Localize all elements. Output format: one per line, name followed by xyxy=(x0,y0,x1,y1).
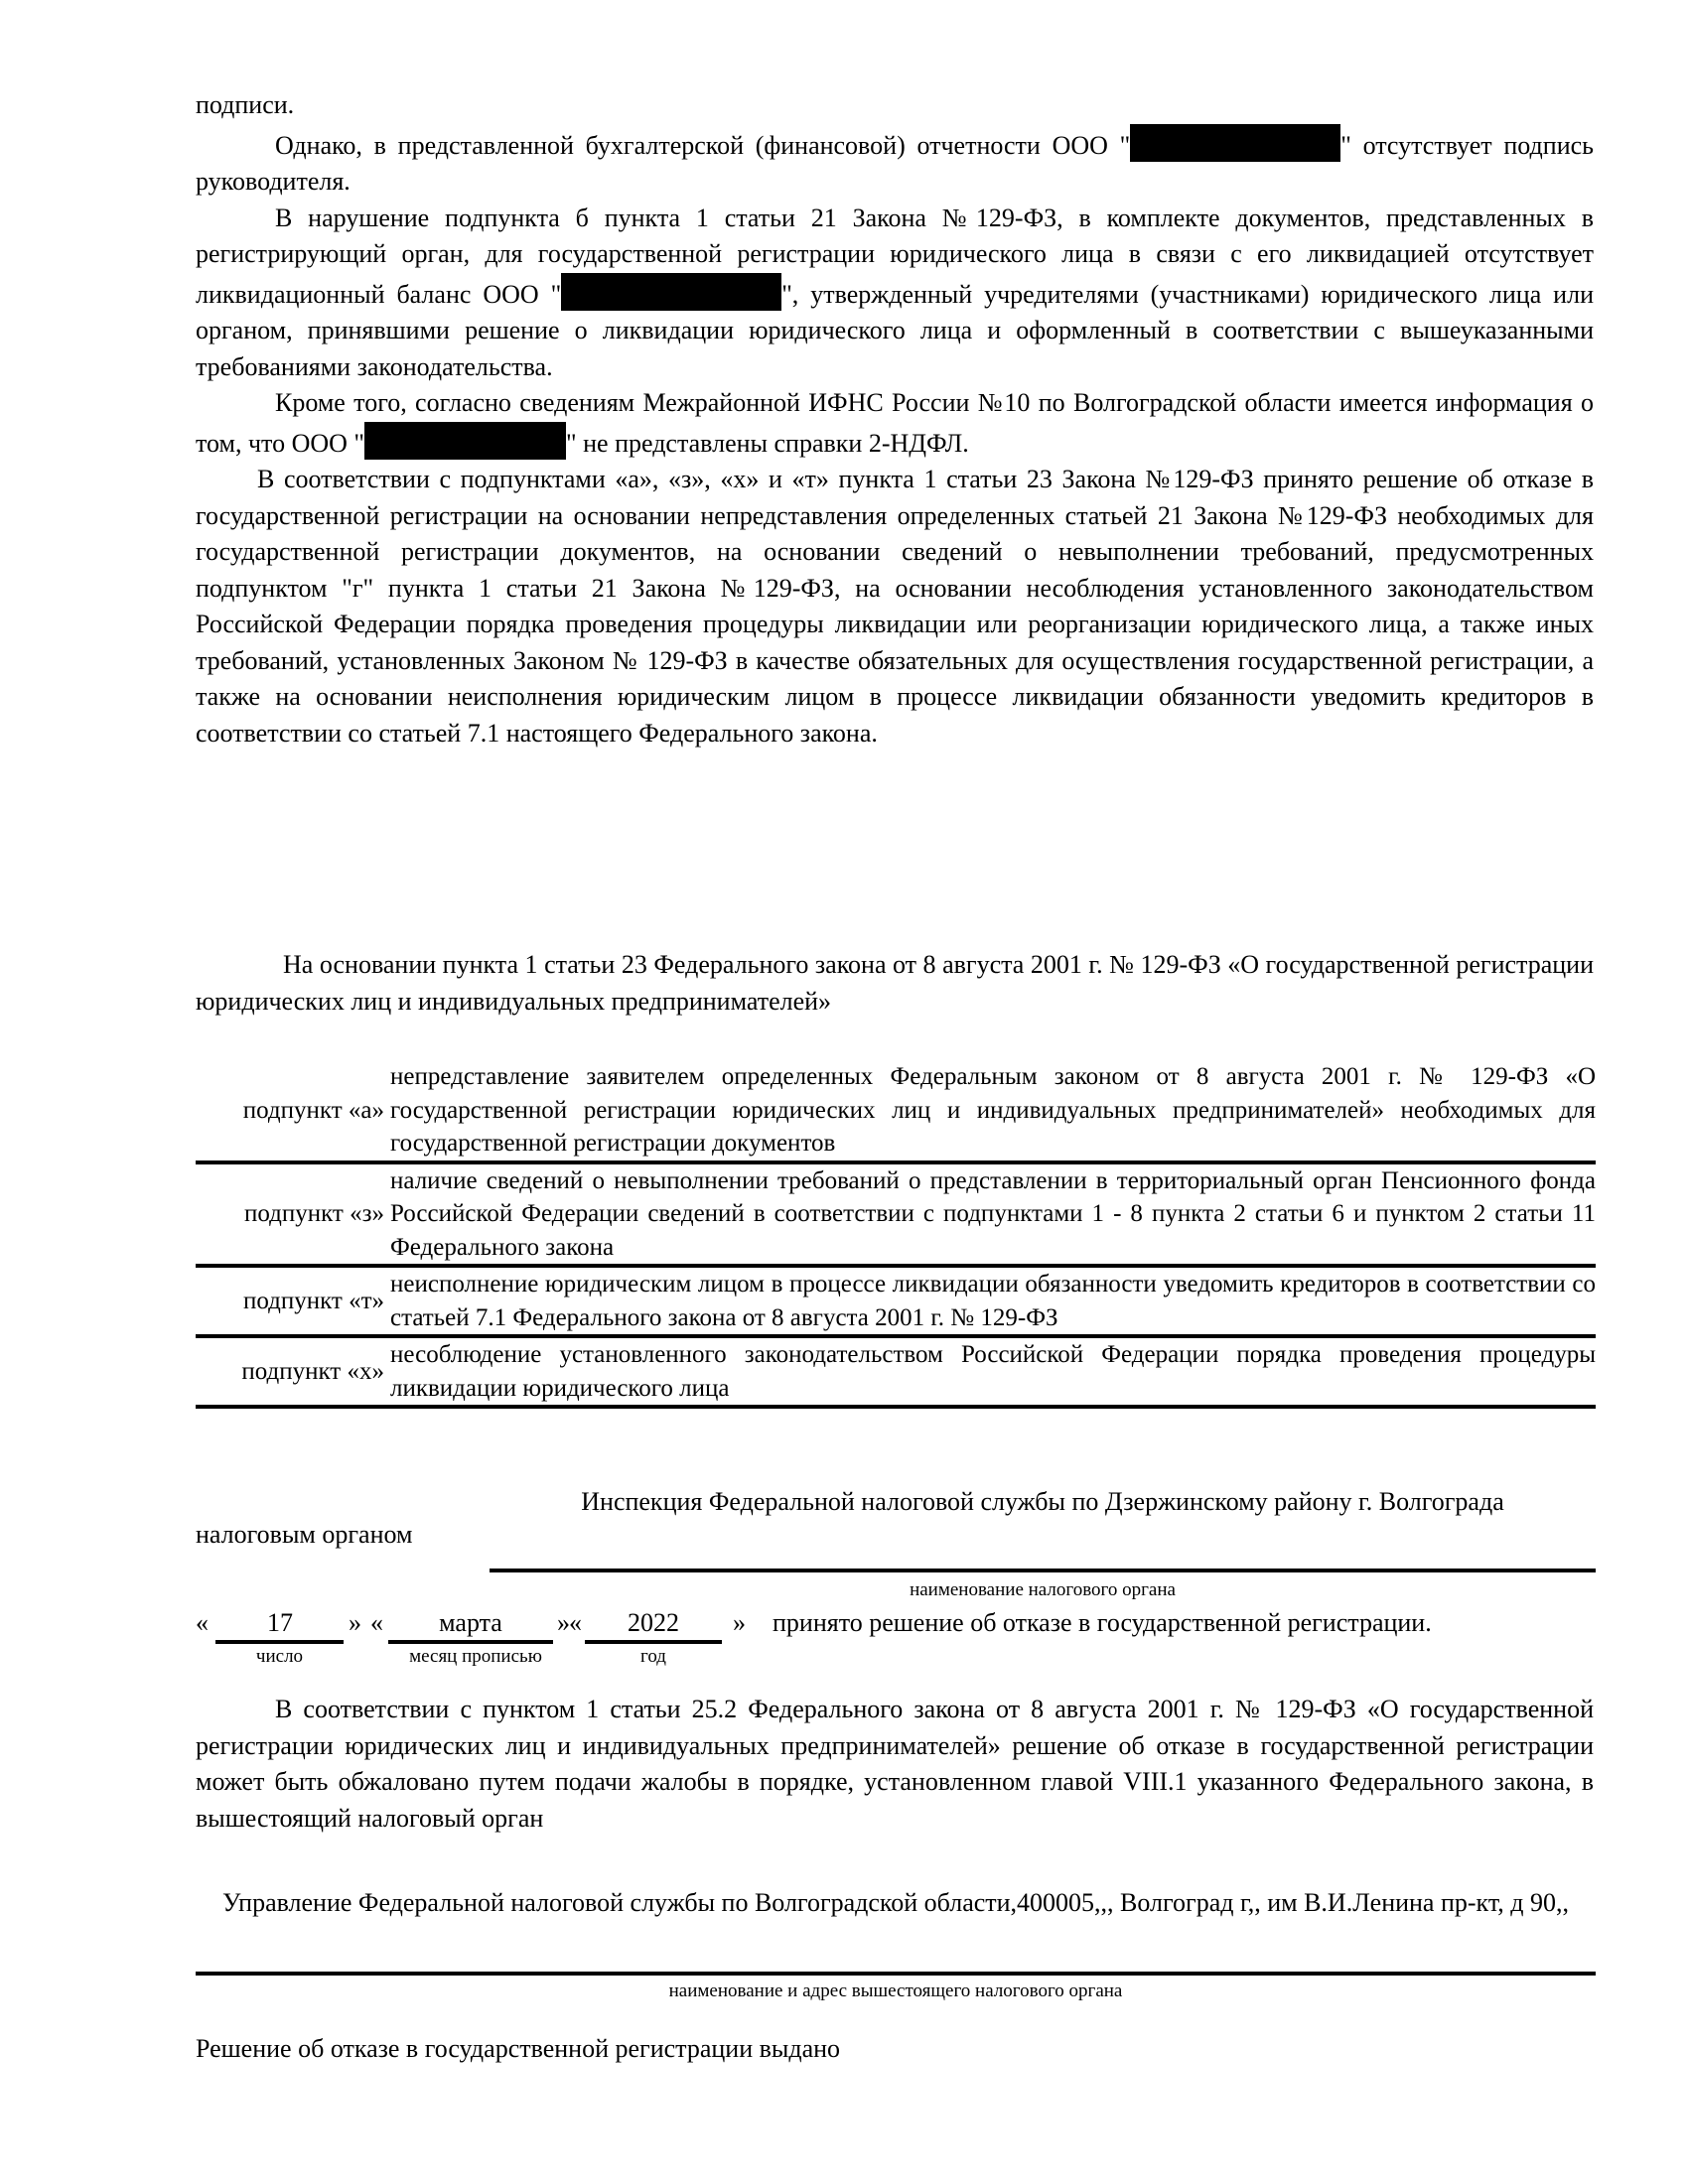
day-caption: число xyxy=(215,1645,344,1669)
table-row: подпункт «а» непредставление заявителем … xyxy=(196,1060,1596,1164)
month-caption: месяц прописью xyxy=(378,1645,573,1669)
tax-authority-caption: наименование налогового органа xyxy=(490,1578,1596,1602)
year-caption: год xyxy=(585,1645,722,1669)
basis-paragraph: На основании пункта 1 статьи 23 Федераль… xyxy=(196,947,1594,1020)
quote-open: « xyxy=(196,1606,209,1640)
decision-statement: принято решение об отказе в государствен… xyxy=(773,1606,1432,1640)
quote-close: » xyxy=(733,1606,746,1640)
row-text: наличие сведений о невыполнении требован… xyxy=(384,1164,1596,1265)
table-row: подпункт «х» несоблюдение установленного… xyxy=(196,1338,1596,1409)
row-label: подпункт «а» xyxy=(196,1094,384,1128)
year-underline xyxy=(585,1640,722,1644)
redacted-company-name xyxy=(1130,124,1340,162)
quote-close: » xyxy=(349,1606,361,1640)
higher-authority-caption: наименование и адрес вышестоящего налого… xyxy=(196,1979,1596,2003)
row-text: непредставление заявителем определенных … xyxy=(384,1060,1596,1160)
grounds-table: подпункт «а» непредставление заявителем … xyxy=(196,1060,1596,1409)
quote-open: « xyxy=(569,1606,582,1640)
row-label: подпункт «т» xyxy=(196,1285,384,1318)
date-day: 17 xyxy=(215,1606,345,1640)
issued-statement: Решение об отказе в государственной реги… xyxy=(196,2031,840,2067)
higher-authority-underline xyxy=(196,1972,1596,1976)
date-year: 2022 xyxy=(585,1606,722,1640)
row-label: подпункт «з» xyxy=(196,1197,384,1231)
table-row: подпункт «т» неисполнение юридическим ли… xyxy=(196,1268,1596,1338)
tax-authority-name: Инспекция Федеральной налоговой службы п… xyxy=(490,1483,1596,1521)
row-label: подпункт «х» xyxy=(196,1355,384,1389)
top-text: подписи. Однако, в представленной бухгал… xyxy=(196,87,1594,751)
appeal-paragraph: В соответствии с пунктом 1 статьи 25.2 Ф… xyxy=(196,1692,1594,1837)
paragraph-missing-signature: Однако, в представленной бухгалтерской (… xyxy=(196,124,1594,201)
paragraph-refusal-grounds: В соответствии с подпунктами «а», «з», «… xyxy=(196,462,1594,751)
row-text: неисполнение юридическим лицом в процесс… xyxy=(384,1268,1596,1334)
higher-authority-address: Управление Федеральной налоговой службы … xyxy=(196,1884,1596,1922)
day-underline xyxy=(215,1640,344,1644)
month-underline xyxy=(388,1640,553,1644)
paragraph-ndfl: Кроме того, согласно сведениям Межрайонн… xyxy=(196,385,1594,462)
redacted-company-name xyxy=(561,273,781,311)
paragraph-continuation: подписи. xyxy=(196,87,1594,124)
date-month: марта xyxy=(388,1606,553,1640)
row-text: несоблюдение установленного законодатель… xyxy=(384,1338,1596,1405)
quote-open: « xyxy=(370,1606,383,1640)
redacted-company-name xyxy=(364,422,566,460)
paragraph-missing-liquidation-balance: В нарушение подпункта б пункта 1 статьи … xyxy=(196,201,1594,386)
document-page: подписи. Однако, в представленной бухгал… xyxy=(0,0,1688,2184)
tax-authority-underline xyxy=(490,1569,1596,1572)
decision-date: « 17 » « марта » « 2022 » принято решени… xyxy=(196,1606,1596,1646)
tax-authority-label: налоговым органом xyxy=(196,1517,412,1553)
table-row: подпункт «з» наличие сведений о невыполн… xyxy=(196,1164,1596,1269)
